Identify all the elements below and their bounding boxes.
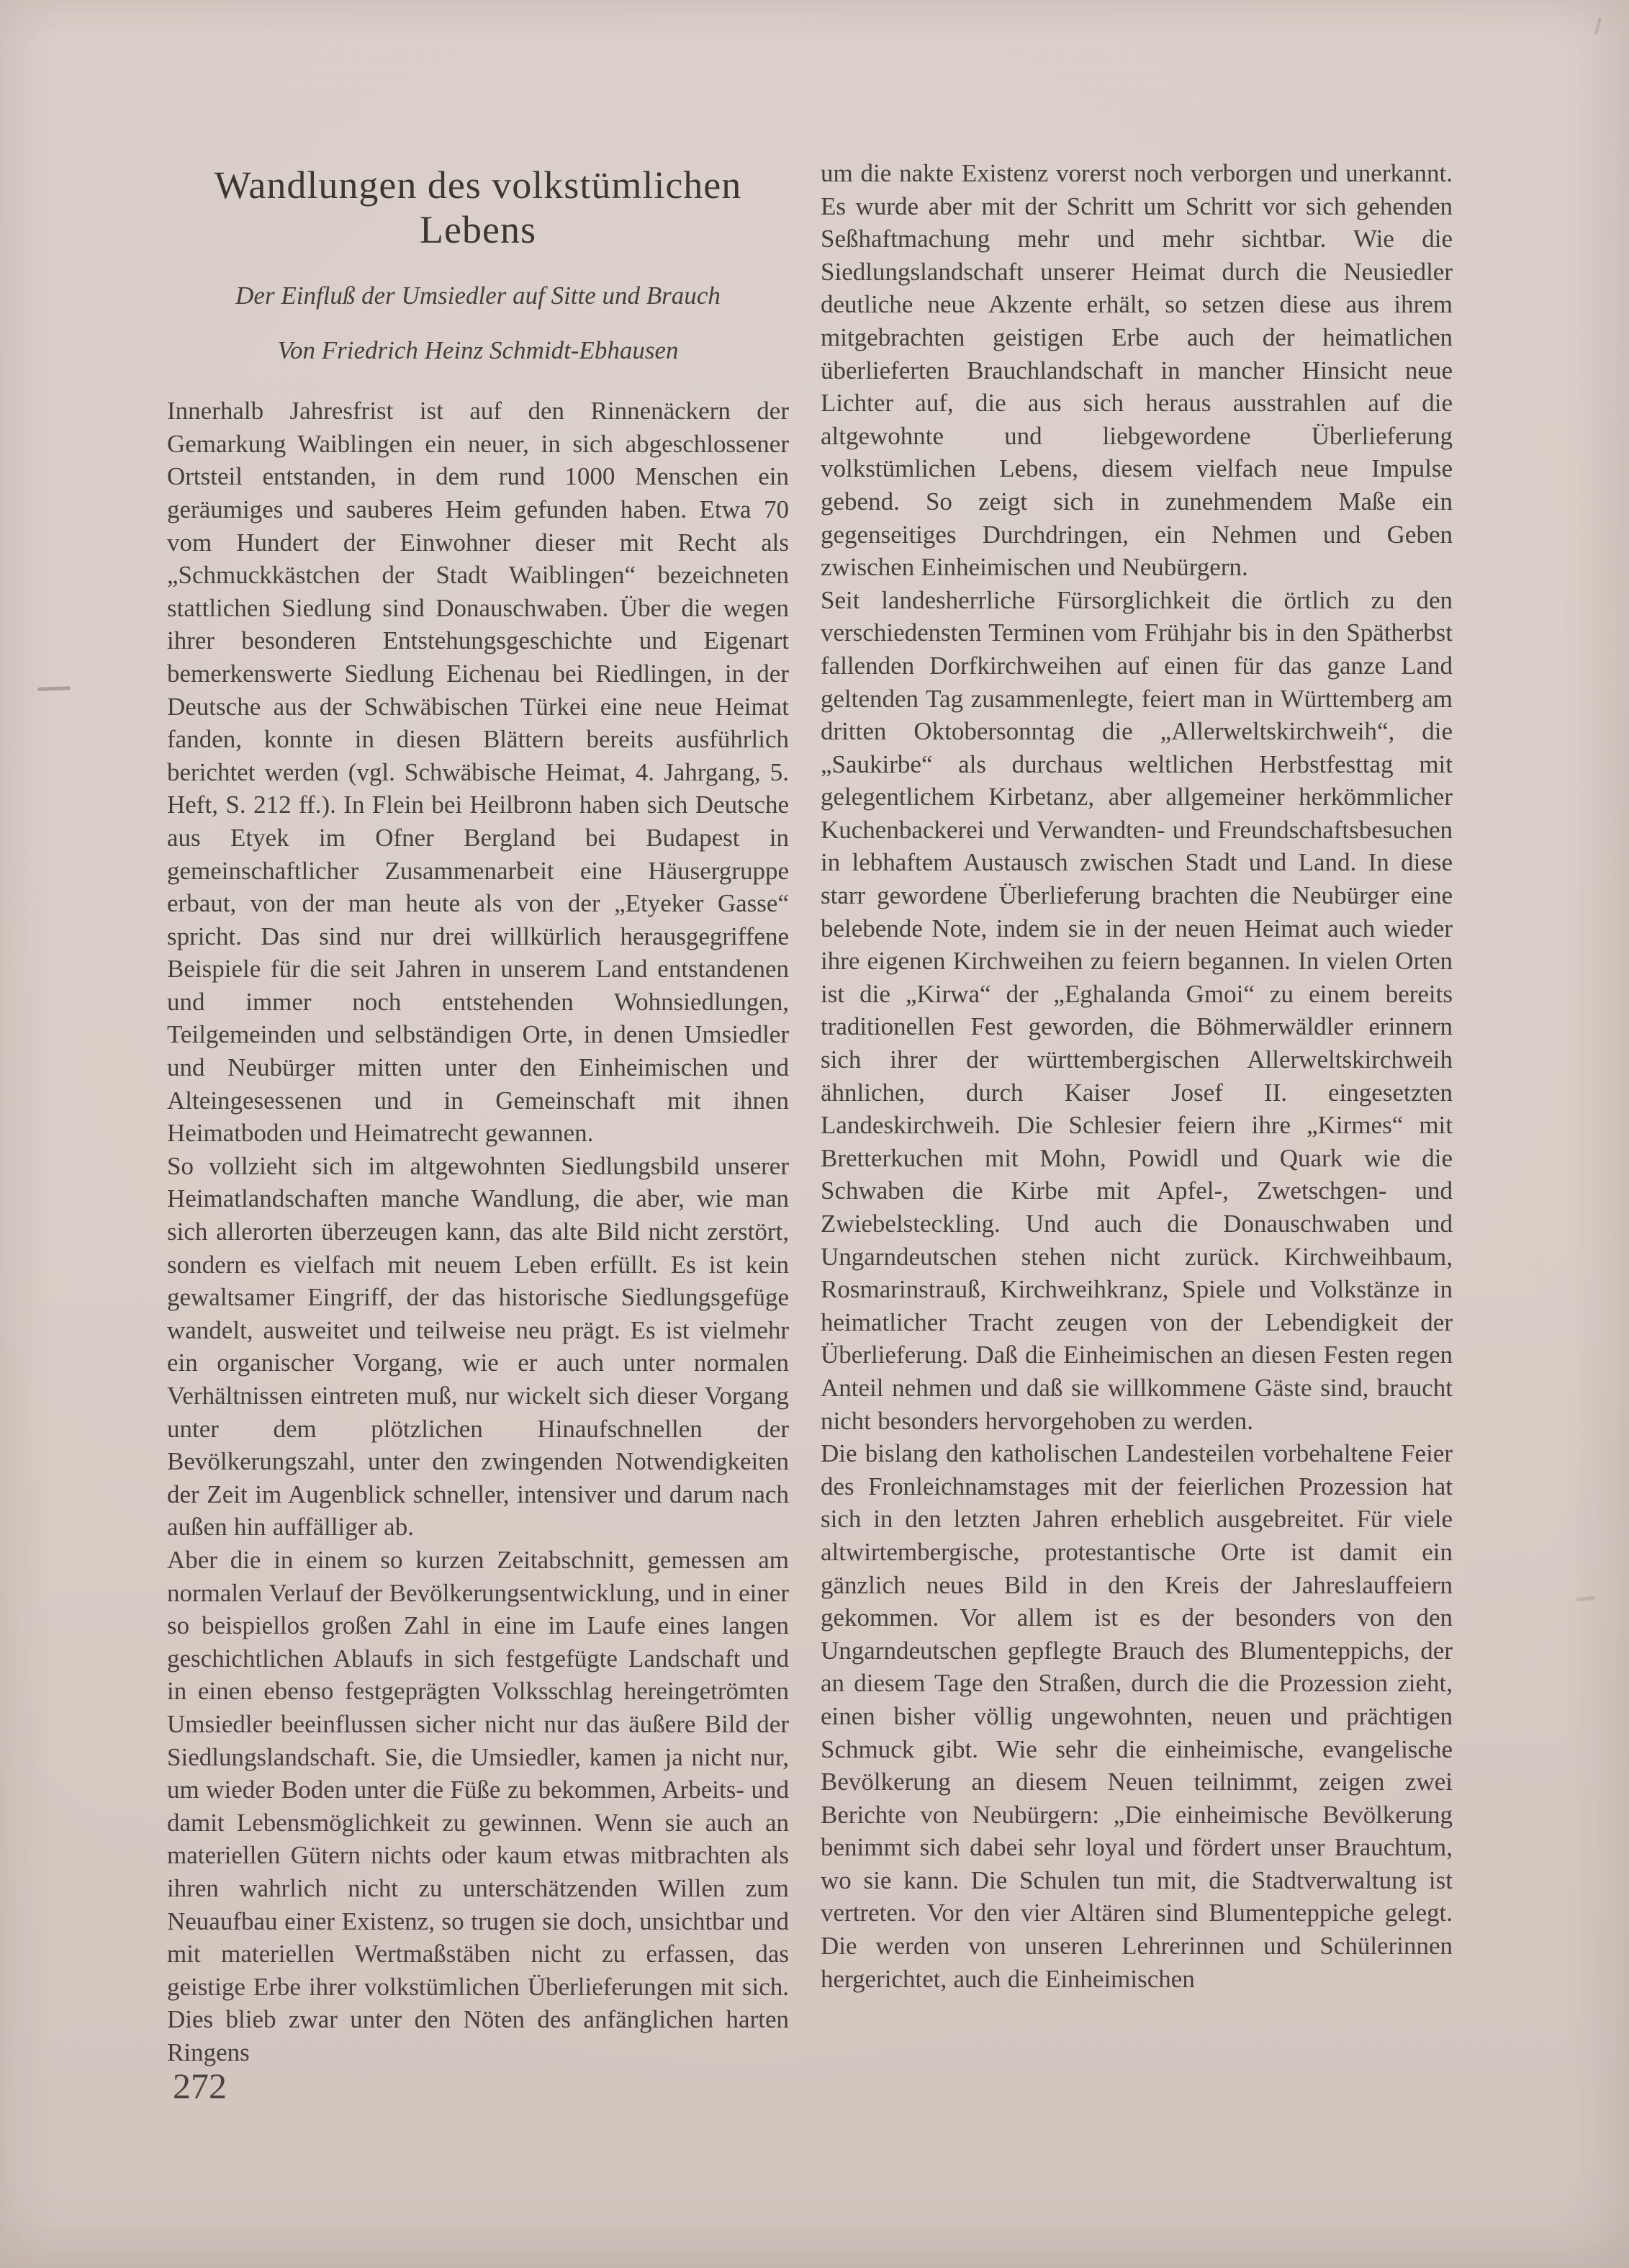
- scan-artifact-top-right: [1594, 17, 1602, 35]
- body-paragraph: um die nakte Existenz vorerst noch verbo…: [821, 157, 1453, 584]
- margin-mark: [37, 686, 71, 691]
- body-paragraph: Die bislang den katholischen Landesteile…: [821, 1437, 1453, 1995]
- article-byline: Von Friedrich Heinz Schmidt-Ebhausen: [167, 336, 789, 366]
- page-number: 272: [173, 2068, 227, 2104]
- body-paragraph: So vollzieht sich im altgewohnten Siedlu…: [167, 1150, 789, 1544]
- page-title: Wandlungen des volkstümlichen Lebens: [167, 163, 789, 252]
- article-subtitle: Der Einfluß der Umsiedler auf Sitte und …: [167, 281, 789, 311]
- body-paragraph: Innerhalb Jahresfrist ist auf den Rinnen…: [167, 395, 789, 1150]
- scan-artifact-right-edge: [1576, 1596, 1595, 1602]
- scanned-page: Wandlungen des volkstümlichen Lebens Der…: [0, 0, 1629, 2268]
- right-column: um die nakte Existenz vorerst noch verbo…: [821, 157, 1453, 1995]
- left-column-body: Innerhalb Jahresfrist ist auf den Rinnen…: [167, 395, 789, 2069]
- left-column: Wandlungen des volkstümlichen Lebens Der…: [167, 163, 789, 2069]
- body-paragraph: Aber die in einem so kurzen Zeitabschnit…: [167, 1544, 789, 2069]
- body-paragraph: Seit landesherrliche Fürsorglichkeit die…: [821, 584, 1453, 1437]
